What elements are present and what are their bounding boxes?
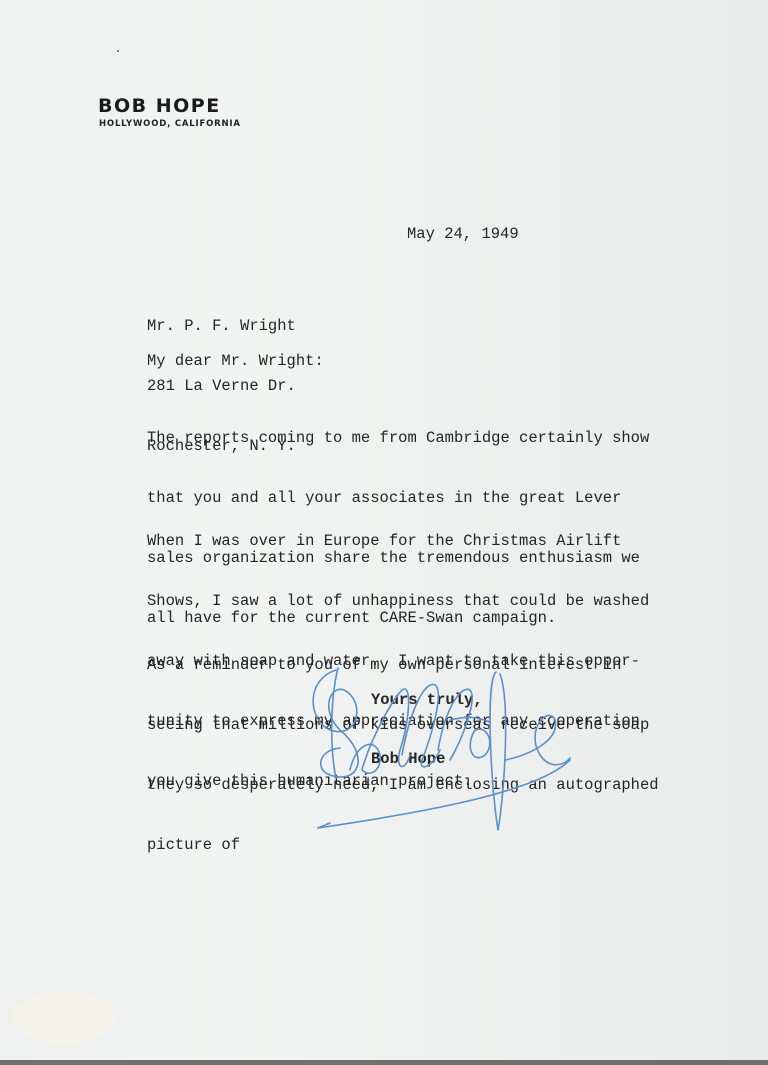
letterhead-name: BOB HOPE <box>98 95 221 117</box>
text-line: When I was over in Europe for the Christ… <box>147 531 649 551</box>
text-line: Shows, I saw a lot of unhappiness that c… <box>147 591 649 611</box>
paper-speck <box>117 50 119 52</box>
salutation: My dear Mr. Wright: <box>147 351 324 371</box>
collector-sticker <box>12 992 116 1044</box>
letterhead-location: HOLLYWOOD, CALIFORNIA <box>99 119 241 129</box>
handwritten-signature <box>300 660 590 860</box>
address-line: Mr. P. F. Wright <box>147 316 296 336</box>
scan-edge <box>0 1060 768 1065</box>
text-line: The reports coming to me from Cambridge … <box>147 428 649 448</box>
letter-date: May 24, 1949 <box>407 224 519 244</box>
